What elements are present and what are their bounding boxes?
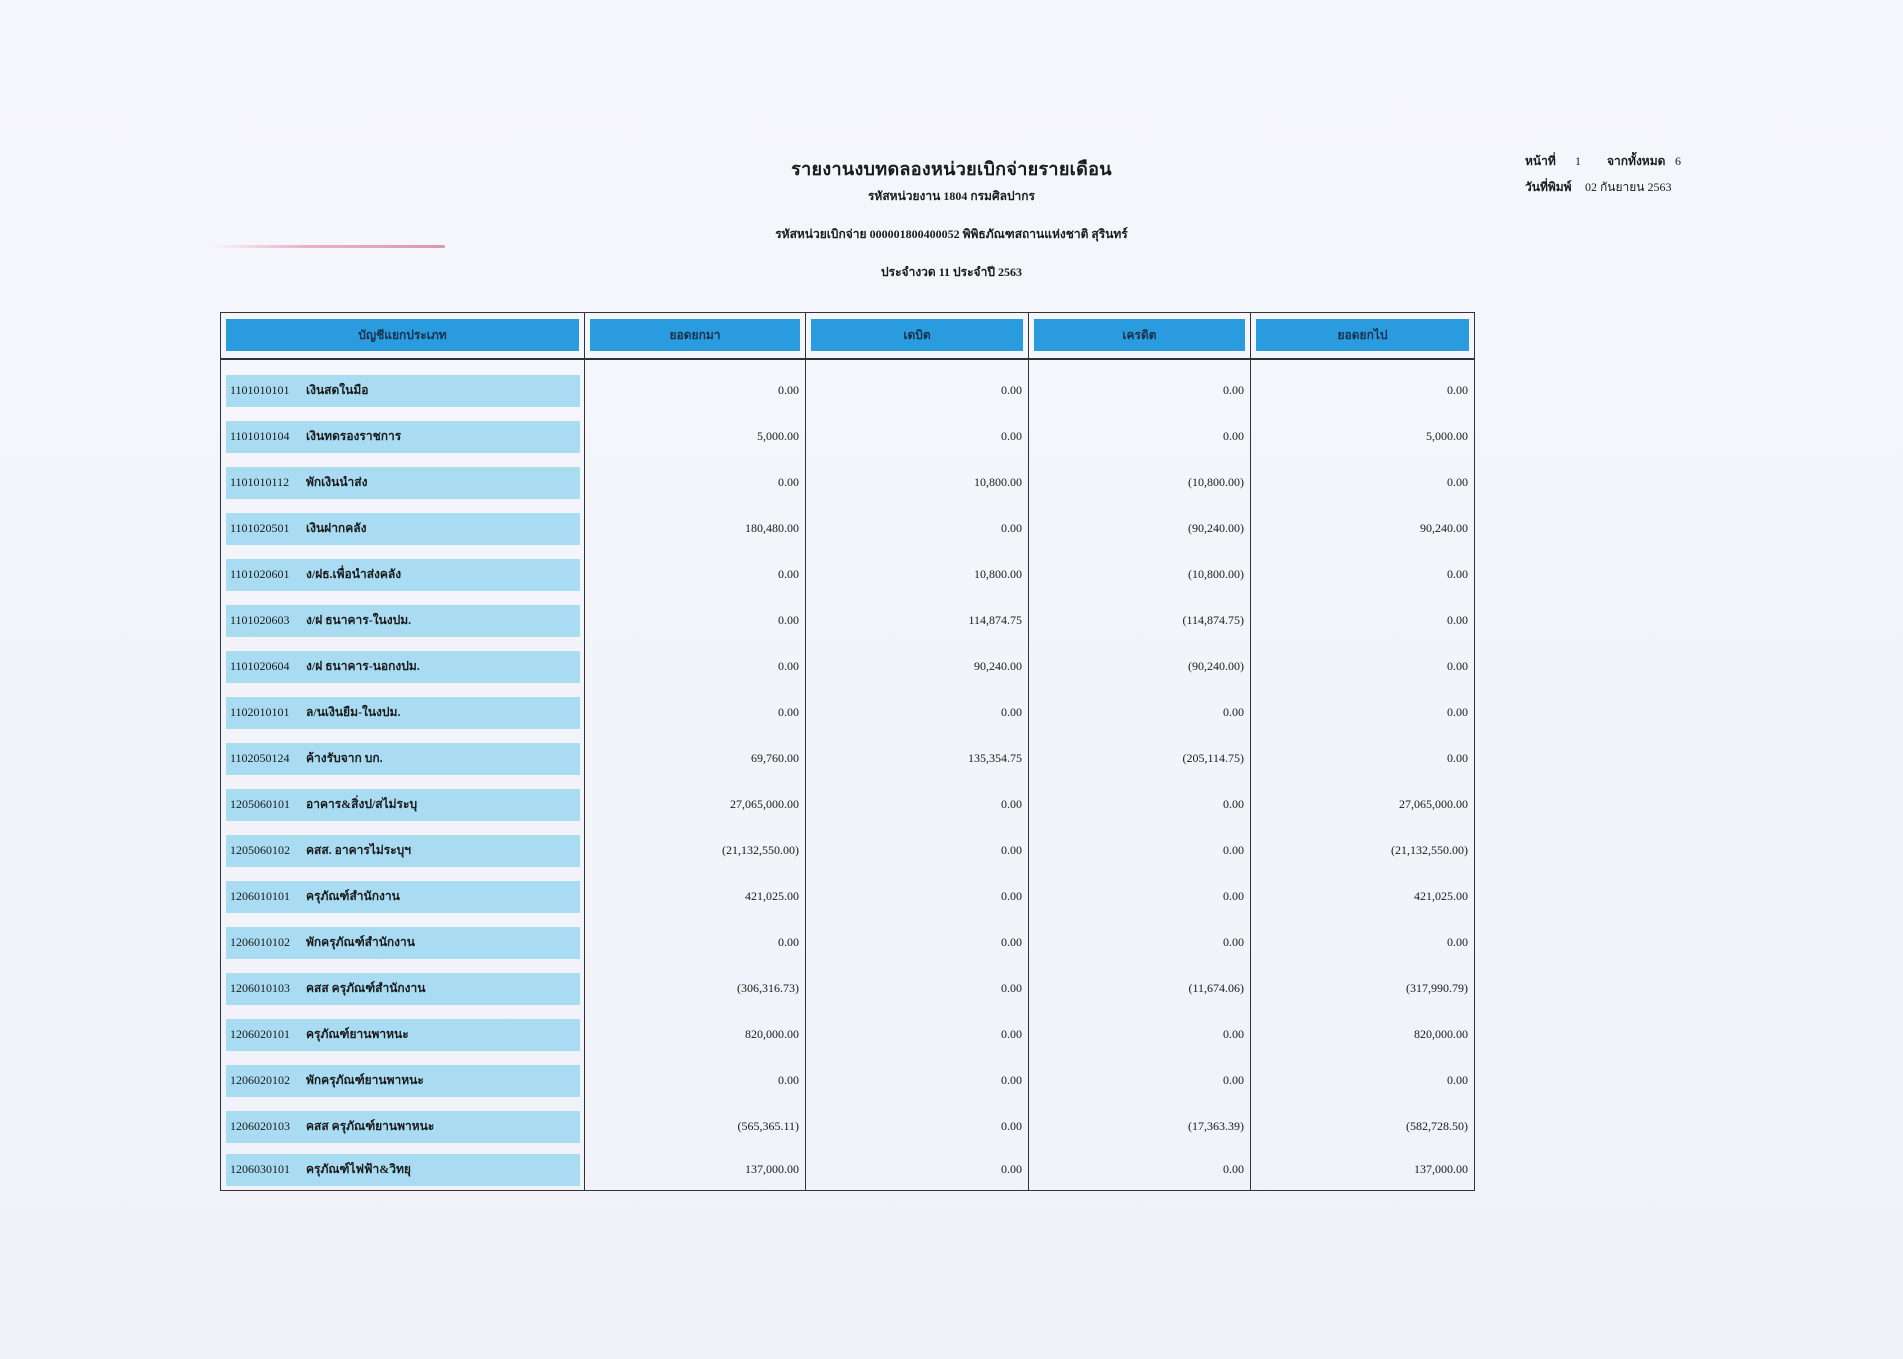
- opening-balance: 0.00: [585, 598, 806, 644]
- table-row: 1206020103คสส ครุภัณฑ์ยานพาหนะ(565,365.1…: [221, 1104, 1475, 1150]
- closing-balance: 0.00: [1251, 552, 1475, 598]
- account-name: ง/ฝ ธนาคาร-ในงปม.: [306, 611, 411, 630]
- credit-amount: (17,363.39): [1029, 1104, 1251, 1150]
- closing-balance: 0.00: [1251, 598, 1475, 644]
- closing-balance: (21,132,550.00): [1251, 828, 1475, 874]
- account-cell: 1206010102พักครุภัณฑ์สำนักงาน: [221, 920, 585, 966]
- account-name: ครุภัณฑ์สำนักงาน: [306, 887, 400, 906]
- account-name: ง/ฝ ธนาคาร-นอกงปม.: [306, 657, 420, 676]
- opening-balance: 421,025.00: [585, 874, 806, 920]
- table-row: 1101010112พักเงินนำส่ง0.0010,800.00(10,8…: [221, 460, 1475, 506]
- table-row: 1206020101ครุภัณฑ์ยานพาหนะ820,000.000.00…: [221, 1012, 1475, 1058]
- account-cell: 1101020603ง/ฝ ธนาคาร-ในงปม.: [221, 598, 585, 644]
- table-row: 1102010101ล/นเงินยืม-ในงปม.0.000.000.000…: [221, 690, 1475, 736]
- opening-balance: 69,760.00: [585, 736, 806, 782]
- page-label: หน้าที่: [1525, 148, 1575, 174]
- account-code: 1101020601: [226, 567, 306, 582]
- header-credit: เครดิต: [1029, 313, 1251, 359]
- credit-amount: 0.00: [1029, 828, 1251, 874]
- account-code: 1205060101: [226, 797, 306, 812]
- closing-balance: (317,990.79): [1251, 966, 1475, 1012]
- opening-balance: 180,480.00: [585, 506, 806, 552]
- account-name: ครุภัณฑ์ไฟฟ้า&วิทยุ: [306, 1160, 411, 1179]
- closing-balance: 5,000.00: [1251, 414, 1475, 460]
- account-code: 1101010104: [226, 429, 306, 444]
- total-pages: 6: [1675, 148, 1681, 174]
- credit-amount: 0.00: [1029, 920, 1251, 966]
- debit-amount: 0.00: [806, 1104, 1029, 1150]
- opening-balance: (306,316.73): [585, 966, 806, 1012]
- debit-amount: 0.00: [806, 782, 1029, 828]
- account-cell: 1102010101ล/นเงินยืม-ในงปม.: [221, 690, 585, 736]
- debit-amount: 0.00: [806, 1058, 1029, 1104]
- table-row: 1101020604ง/ฝ ธนาคาร-นอกงปม.0.0090,240.0…: [221, 644, 1475, 690]
- account-name: พักครุภัณฑ์ยานพาหนะ: [306, 1071, 424, 1090]
- header-debit: เดบิต: [806, 313, 1029, 359]
- account-cell: 1101010104เงินทดรองราชการ: [221, 414, 585, 460]
- debit-amount: 0.00: [806, 359, 1029, 414]
- highlighter-mark: [210, 245, 445, 248]
- account-name: ค้างรับจาก บก.: [306, 749, 383, 768]
- print-date-label: วันที่พิมพ์: [1525, 174, 1575, 200]
- credit-amount: 0.00: [1029, 1150, 1251, 1191]
- account-code: 1206020101: [226, 1027, 306, 1042]
- debit-amount: 0.00: [806, 1150, 1029, 1191]
- header-account: บัญชีแยกประเภท: [221, 313, 585, 359]
- account-name: คสส. อาคารไม่ระบุฯ: [306, 841, 411, 860]
- credit-amount: 0.00: [1029, 782, 1251, 828]
- account-cell: 1205060101อาคาร&สิ่งป/สไม่ระบุ: [221, 782, 585, 828]
- account-cell: 1206030101ครุภัณฑ์ไฟฟ้า&วิทยุ: [221, 1150, 585, 1191]
- account-cell: 1206010103คสส ครุภัณฑ์สำนักงาน: [221, 966, 585, 1012]
- credit-amount: 0.00: [1029, 359, 1251, 414]
- closing-balance: 421,025.00: [1251, 874, 1475, 920]
- closing-balance: 0.00: [1251, 460, 1475, 506]
- account-name: ล/นเงินยืม-ในงปม.: [306, 703, 400, 722]
- debit-amount: 0.00: [806, 1012, 1029, 1058]
- credit-amount: 0.00: [1029, 414, 1251, 460]
- table-row: 1206010103คสส ครุภัณฑ์สำนักงาน(306,316.7…: [221, 966, 1475, 1012]
- closing-balance: 0.00: [1251, 920, 1475, 966]
- debit-amount: 114,874.75: [806, 598, 1029, 644]
- page-number: 1: [1575, 148, 1607, 174]
- page-counter: หน้าที่ 1 จากทั้งหมด 6: [1525, 148, 1681, 174]
- account-code: 1101010112: [226, 475, 306, 490]
- account-cell: 1101020601ง/ฝธ.เพื่อนำส่งคลัง: [221, 552, 585, 598]
- closing-balance: 820,000.00: [1251, 1012, 1475, 1058]
- account-code: 1102050124: [226, 751, 306, 766]
- opening-balance: (565,365.11): [585, 1104, 806, 1150]
- credit-amount: (114,874.75): [1029, 598, 1251, 644]
- opening-balance: 0.00: [585, 644, 806, 690]
- closing-balance: 0.00: [1251, 359, 1475, 414]
- account-code: 1206010103: [226, 981, 306, 996]
- table-row: 1101020603ง/ฝ ธนาคาร-ในงปม.0.00114,874.7…: [221, 598, 1475, 644]
- account-cell: 1206010101ครุภัณฑ์สำนักงาน: [221, 874, 585, 920]
- closing-balance: 90,240.00: [1251, 506, 1475, 552]
- account-code: 1206010101: [226, 889, 306, 904]
- opening-balance: (21,132,550.00): [585, 828, 806, 874]
- account-code: 1206020102: [226, 1073, 306, 1088]
- account-code: 1206020103: [226, 1119, 306, 1134]
- opening-balance: 0.00: [585, 359, 806, 414]
- table-row: 1206010102พักครุภัณฑ์สำนักงาน0.000.000.0…: [221, 920, 1475, 966]
- closing-balance: 0.00: [1251, 644, 1475, 690]
- credit-amount: (205,114.75): [1029, 736, 1251, 782]
- account-cell: 1206020102พักครุภัณฑ์ยานพาหนะ: [221, 1058, 585, 1104]
- closing-balance: 137,000.00: [1251, 1150, 1475, 1191]
- table-row: 1101020501เงินฝากคลัง180,480.000.00(90,2…: [221, 506, 1475, 552]
- debit-amount: 10,800.00: [806, 552, 1029, 598]
- closing-balance: 27,065,000.00: [1251, 782, 1475, 828]
- account-name: ครุภัณฑ์ยานพาหนะ: [306, 1025, 409, 1044]
- debit-amount: 0.00: [806, 690, 1029, 736]
- disbursement-unit-line: รหัสหน่วยเบิกจ่าย 000001800400052 พิพิธภ…: [0, 225, 1903, 244]
- closing-balance: 0.00: [1251, 690, 1475, 736]
- debit-amount: 0.00: [806, 506, 1029, 552]
- account-cell: 1205060102คสส. อาคารไม่ระบุฯ: [221, 828, 585, 874]
- table-row: 1206020102พักครุภัณฑ์ยานพาหนะ0.000.000.0…: [221, 1058, 1475, 1104]
- debit-amount: 90,240.00: [806, 644, 1029, 690]
- credit-amount: (10,800.00): [1029, 552, 1251, 598]
- header-closing: ยอดยกไป: [1251, 313, 1475, 359]
- account-cell: 1101010112พักเงินนำส่ง: [221, 460, 585, 506]
- trial-balance-table: บัญชีแยกประเภท ยอดยกมา เดบิต เครดิต ยอดย…: [220, 312, 1475, 1191]
- debit-amount: 0.00: [806, 874, 1029, 920]
- account-name: ง/ฝธ.เพื่อนำส่งคลัง: [306, 565, 401, 584]
- account-code: 1206010102: [226, 935, 306, 950]
- account-cell: 1102050124ค้างรับจาก บก.: [221, 736, 585, 782]
- opening-balance: 137,000.00: [585, 1150, 806, 1191]
- opening-balance: 0.00: [585, 1058, 806, 1104]
- period-line: ประจำงวด 11 ประจำปี 2563: [0, 263, 1903, 282]
- header-opening: ยอดยกมา: [585, 313, 806, 359]
- credit-amount: (11,674.06): [1029, 966, 1251, 1012]
- account-code: 1101020603: [226, 613, 306, 628]
- table-row: 1206010101ครุภัณฑ์สำนักงาน421,025.000.00…: [221, 874, 1475, 920]
- credit-amount: 0.00: [1029, 1058, 1251, 1104]
- total-label: จากทั้งหมด: [1607, 148, 1675, 174]
- table-row: 1101020601ง/ฝธ.เพื่อนำส่งคลัง0.0010,800.…: [221, 552, 1475, 598]
- account-name: เงินสดในมือ: [306, 381, 368, 400]
- opening-balance: 5,000.00: [585, 414, 806, 460]
- account-name: พักเงินนำส่ง: [306, 473, 367, 492]
- opening-balance: 0.00: [585, 690, 806, 736]
- print-date-row: วันที่พิมพ์ 02 กันยายน 2563: [1525, 174, 1681, 200]
- account-cell: 1206020103คสส ครุภัณฑ์ยานพาหนะ: [221, 1104, 585, 1150]
- credit-amount: (10,800.00): [1029, 460, 1251, 506]
- closing-balance: 0.00: [1251, 736, 1475, 782]
- table-row: 1205060102คสส. อาคารไม่ระบุฯ(21,132,550.…: [221, 828, 1475, 874]
- print-date: 02 กันยายน 2563: [1575, 174, 1671, 200]
- table-row: 1101010101เงินสดในมือ0.000.000.000.00: [221, 359, 1475, 414]
- opening-balance: 820,000.00: [585, 1012, 806, 1058]
- debit-amount: 0.00: [806, 920, 1029, 966]
- account-name: อาคาร&สิ่งป/สไม่ระบุ: [306, 795, 417, 814]
- debit-amount: 10,800.00: [806, 460, 1029, 506]
- account-code: 1206030101: [226, 1162, 306, 1177]
- debit-amount: 0.00: [806, 966, 1029, 1012]
- table-row: 1101010104เงินทดรองราชการ5,000.000.000.0…: [221, 414, 1475, 460]
- account-code: 1101020501: [226, 521, 306, 536]
- opening-balance: 27,065,000.00: [585, 782, 806, 828]
- account-name: คสส ครุภัณฑ์ยานพาหนะ: [306, 1117, 434, 1136]
- credit-amount: (90,240.00): [1029, 644, 1251, 690]
- table-row: 1206030101ครุภัณฑ์ไฟฟ้า&วิทยุ137,000.000…: [221, 1150, 1475, 1191]
- credit-amount: 0.00: [1029, 874, 1251, 920]
- opening-balance: 0.00: [585, 552, 806, 598]
- page-info: หน้าที่ 1 จากทั้งหมด 6 วันที่พิมพ์ 02 กั…: [1525, 148, 1681, 200]
- account-cell: 1101020604ง/ฝ ธนาคาร-นอกงปม.: [221, 644, 585, 690]
- account-name: พักครุภัณฑ์สำนักงาน: [306, 933, 415, 952]
- debit-amount: 0.00: [806, 414, 1029, 460]
- debit-amount: 135,354.75: [806, 736, 1029, 782]
- table-header-row: บัญชีแยกประเภท ยอดยกมา เดบิต เครดิต ยอดย…: [221, 313, 1475, 359]
- account-cell: 1101020501เงินฝากคลัง: [221, 506, 585, 552]
- closing-balance: (582,728.50): [1251, 1104, 1475, 1150]
- opening-balance: 0.00: [585, 920, 806, 966]
- account-name: คสส ครุภัณฑ์สำนักงาน: [306, 979, 425, 998]
- account-code: 1102010101: [226, 705, 306, 720]
- opening-balance: 0.00: [585, 460, 806, 506]
- table-row: 1102050124ค้างรับจาก บก.69,760.00135,354…: [221, 736, 1475, 782]
- credit-amount: 0.00: [1029, 1012, 1251, 1058]
- credit-amount: 0.00: [1029, 690, 1251, 736]
- table-row: 1205060101อาคาร&สิ่งป/สไม่ระบุ27,065,000…: [221, 782, 1475, 828]
- account-code: 1101010101: [226, 383, 306, 398]
- account-code: 1101020604: [226, 659, 306, 674]
- account-code: 1205060102: [226, 843, 306, 858]
- account-cell: 1206020101ครุภัณฑ์ยานพาหนะ: [221, 1012, 585, 1058]
- account-name: เงินฝากคลัง: [306, 519, 366, 538]
- closing-balance: 0.00: [1251, 1058, 1475, 1104]
- account-name: เงินทดรองราชการ: [306, 427, 401, 446]
- account-cell: 1101010101เงินสดในมือ: [221, 359, 585, 414]
- credit-amount: (90,240.00): [1029, 506, 1251, 552]
- debit-amount: 0.00: [806, 828, 1029, 874]
